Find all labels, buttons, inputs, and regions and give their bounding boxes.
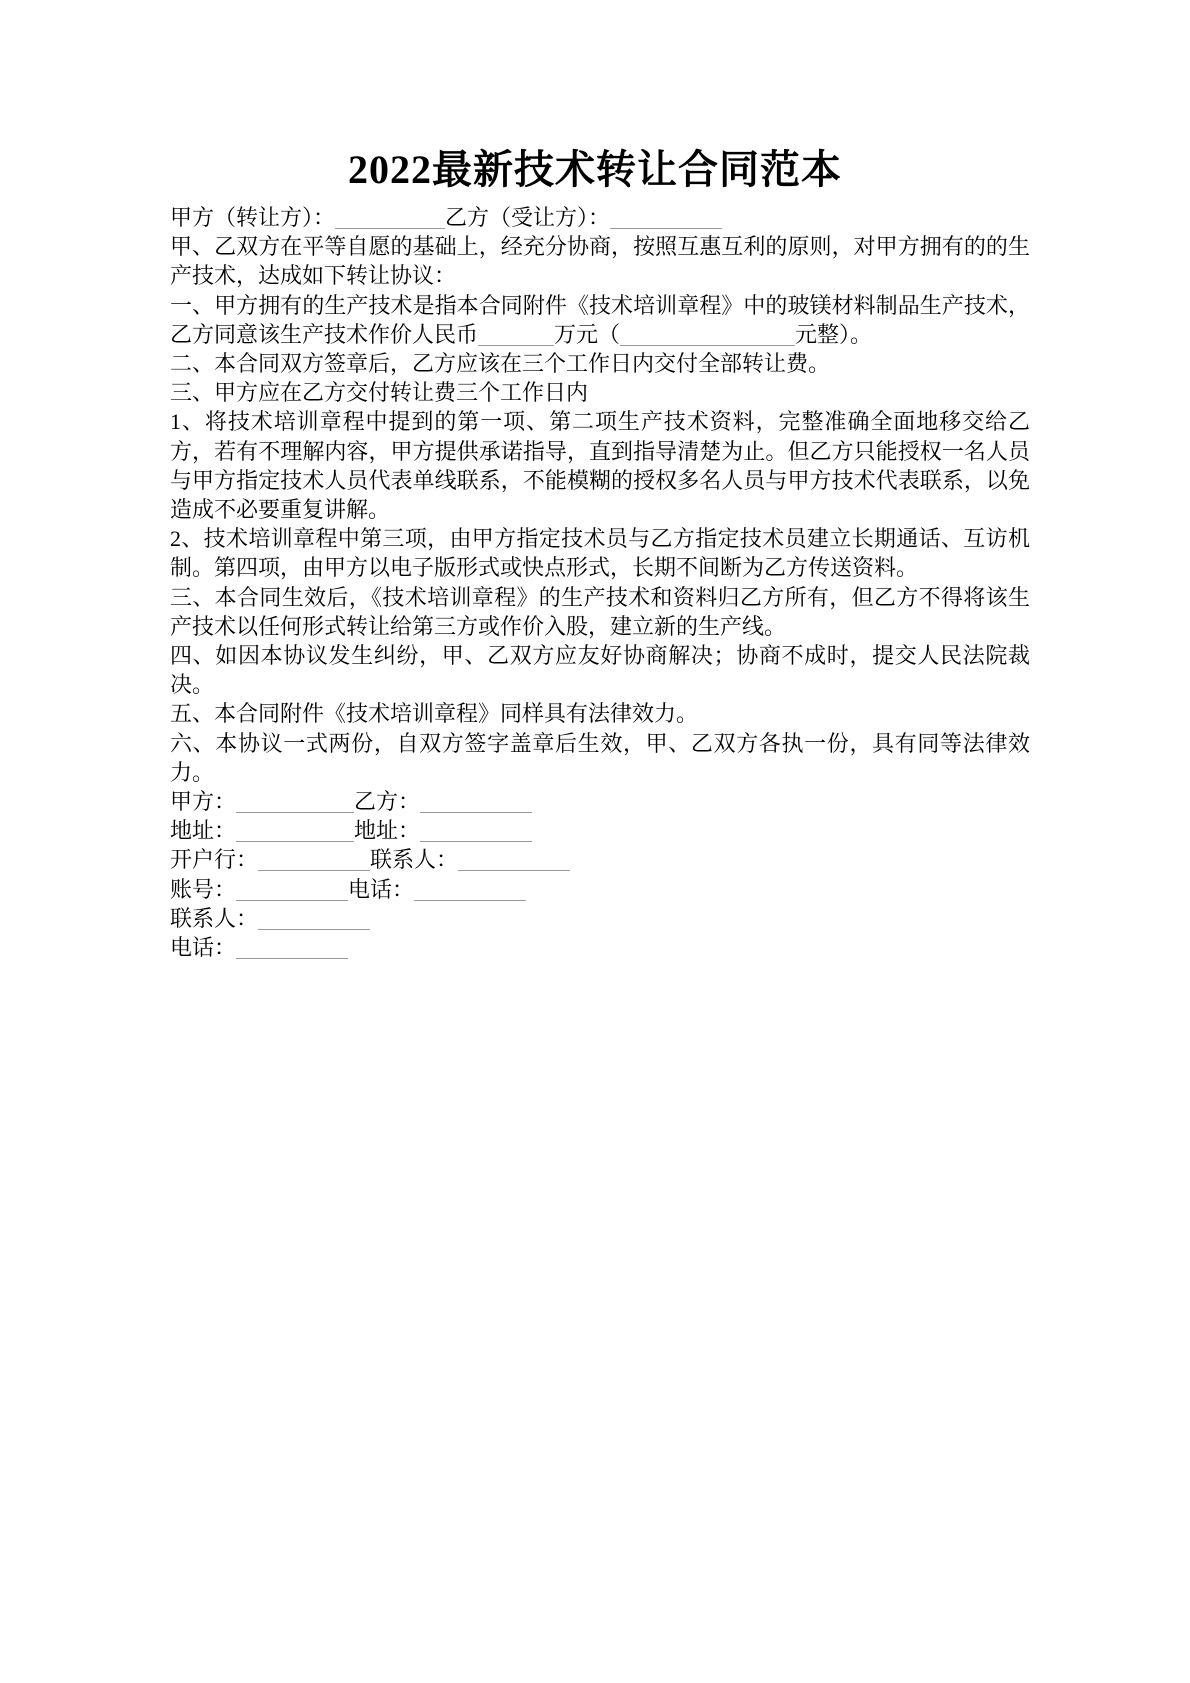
paragraph-3: 一、甲方拥有的生产技术是指本合同附件《技术培训章程》中的玻镁材料制品生产技术，乙… bbox=[170, 291, 1030, 349]
paragraph-8: 三、本合同生效后，《技术培训章程》的生产技术和资料归乙方所有，但乙方不得将该生产… bbox=[170, 583, 1030, 641]
blank-underline bbox=[610, 210, 722, 229]
blank-underline bbox=[478, 327, 554, 346]
text-run: 地址： bbox=[170, 818, 236, 843]
paragraph-15: 账号：电话： bbox=[170, 875, 1030, 904]
blank-underline bbox=[458, 852, 570, 871]
text-run: 五、本合同附件《技术培训章程》同样具有法律效力。 bbox=[170, 701, 698, 726]
text-run: 电话： bbox=[170, 935, 236, 960]
paragraph-14: 开户行：联系人： bbox=[170, 845, 1030, 874]
paragraph-2: 甲、乙双方在平等自愿的基础上，经充分协商，按照互惠互利的原则，对甲方拥有的的生产… bbox=[170, 232, 1030, 290]
paragraph-12: 甲方：乙方： bbox=[170, 787, 1030, 816]
text-run: 甲方（转让方）： bbox=[170, 205, 335, 230]
text-run: 电话： bbox=[348, 877, 414, 902]
blank-underline bbox=[335, 210, 445, 229]
text-run: 开户行： bbox=[170, 847, 258, 872]
text-run: 乙方： bbox=[354, 789, 420, 814]
text-run: 地址： bbox=[354, 818, 420, 843]
blank-underline bbox=[414, 882, 526, 901]
blank-underline bbox=[236, 794, 354, 813]
paragraph-17: 电话： bbox=[170, 933, 1030, 962]
text-run: 2、技术培训章程中第三项，由甲方指定技术员与乙方指定技术员建立长期通话、互访机制… bbox=[170, 526, 1030, 580]
text-run: 元整）。 bbox=[795, 322, 872, 347]
text-run: 甲、乙双方在平等自愿的基础上，经充分协商，按照互惠互利的原则，对甲方拥有的的生产… bbox=[170, 234, 1030, 288]
paragraph-1: 甲方（转让方）：乙方（受让方）： bbox=[170, 203, 1030, 232]
blank-underline bbox=[258, 852, 370, 871]
document-title: 2022最新技术转让合同范本 bbox=[0, 0, 1190, 193]
blank-underline bbox=[420, 794, 532, 813]
paragraph-16: 联系人： bbox=[170, 904, 1030, 933]
paragraph-9: 四、如因本协议发生纠纷，甲、乙双方应友好协商解决；协商不成时，提交人民法院裁决。 bbox=[170, 641, 1030, 699]
text-run: 乙方（受让方）： bbox=[445, 205, 610, 230]
text-run: 甲方： bbox=[170, 789, 236, 814]
text-run: 六、本协议一式两份，自双方签字盖章后生效，甲、乙双方各执一份，具有同等法律效力。 bbox=[170, 731, 1030, 785]
contract-body: 甲方（转让方）：乙方（受让方）：甲、乙双方在平等自愿的基础上，经充分协商，按照互… bbox=[170, 203, 1030, 962]
blank-underline bbox=[236, 882, 348, 901]
text-run: 联系人： bbox=[370, 847, 458, 872]
text-run: 万元（ bbox=[554, 322, 620, 347]
text-run: 联系人： bbox=[170, 906, 258, 931]
text-run: 账号： bbox=[170, 877, 236, 902]
paragraph-13: 地址：地址： bbox=[170, 816, 1030, 845]
paragraph-11: 六、本协议一式两份，自双方签字盖章后生效，甲、乙双方各执一份，具有同等法律效力。 bbox=[170, 729, 1030, 787]
blank-underline bbox=[620, 327, 795, 346]
text-run: 1、将技术培训章程中提到的第一项、第二项生产技术资料，完整准确全面地移交给乙方，… bbox=[170, 409, 1030, 522]
paragraph-5: 三、甲方应在乙方交付转让费三个工作日内 bbox=[170, 378, 1030, 407]
text-run: 三、甲方应在乙方交付转让费三个工作日内 bbox=[170, 380, 588, 405]
text-run: 四、如因本协议发生纠纷，甲、乙双方应友好协商解决；协商不成时，提交人民法院裁决。 bbox=[170, 643, 1030, 697]
blank-underline bbox=[236, 940, 348, 959]
blank-underline bbox=[236, 823, 354, 842]
paragraph-10: 五、本合同附件《技术培训章程》同样具有法律效力。 bbox=[170, 699, 1030, 728]
document-page: 2022最新技术转让合同范本 甲方（转让方）：乙方（受让方）：甲、乙双方在平等自… bbox=[0, 0, 1190, 1683]
blank-underline bbox=[258, 911, 370, 930]
paragraph-4: 二、本合同双方签章后，乙方应该在三个工作日内交付全部转让费。 bbox=[170, 349, 1030, 378]
blank-underline bbox=[420, 823, 532, 842]
paragraph-7: 2、技术培训章程中第三项，由甲方指定技术员与乙方指定技术员建立长期通话、互访机制… bbox=[170, 524, 1030, 582]
paragraph-6: 1、将技术培训章程中提到的第一项、第二项生产技术资料，完整准确全面地移交给乙方，… bbox=[170, 407, 1030, 524]
text-run: 三、本合同生效后，《技术培训章程》的生产技术和资料归乙方所有，但乙方不得将该生产… bbox=[170, 585, 1030, 639]
text-run: 二、本合同双方签章后，乙方应该在三个工作日内交付全部转让费。 bbox=[170, 351, 830, 376]
